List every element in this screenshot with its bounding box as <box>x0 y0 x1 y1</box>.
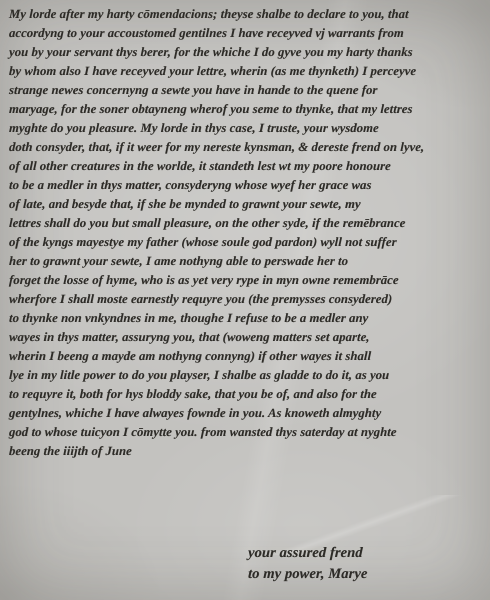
letter-line: strange newes concernyng a sewte you hav… <box>9 81 486 100</box>
letter-line: gentylnes, whiche I have alwayes fownde … <box>9 404 486 423</box>
manuscript-page: My lorde after my harty cōmendacions; th… <box>0 0 490 600</box>
letter-line: accordyng to your accoustomed gentilnes … <box>9 24 486 43</box>
letter-line: wayes in thys matter, assuryng you, that… <box>9 328 486 347</box>
letter-line: wherfore I shall moste earnestly requyre… <box>9 290 486 309</box>
letter-line: lettres shall do you but small pleasure,… <box>9 214 486 233</box>
letter-line: her to grawnt your sewte, I ame nothyng … <box>9 252 486 271</box>
letter-line: forget the losse of hyme, who is as yet … <box>9 271 486 290</box>
letter-line: beeng the iiijth of June <box>9 442 486 461</box>
signature-line: to my power, Marye <box>248 564 368 585</box>
letter-line: to thynke non vnkyndnes in me, thoughe I… <box>9 309 486 328</box>
letter-line: of all other creatures in the worlde, it… <box>9 157 486 176</box>
letter-line: My lorde after my harty cōmendacions; th… <box>9 5 486 24</box>
signature-line: your assured frend <box>248 543 368 564</box>
letter-line: myghte do you pleasure. My lorde in thys… <box>9 119 486 138</box>
letter-line: to be a medler in thys matter, consydery… <box>9 176 486 195</box>
letter-line: maryage, for the soner obtayneng wherof … <box>9 100 486 119</box>
signature-block: your assured frend to my power, Marye <box>248 543 367 585</box>
letter-line: lye in my litle power to do you playser,… <box>9 366 486 385</box>
letter-line: wherin I beeng a mayde am nothyng connyn… <box>9 347 486 366</box>
letter-line: to requyre it, both for hys bloddy sake,… <box>9 385 486 404</box>
letter-line: of the kyngs mayestye my father (whose s… <box>9 233 486 252</box>
letter-body: My lorde after my harty cōmendacions; th… <box>9 5 485 461</box>
letter-line: by whom also I have receyved your lettre… <box>9 62 486 81</box>
letter-line: you by your servant thys berer, for the … <box>9 43 486 62</box>
letter-line: god to whose tuicyon I cōmytte you. from… <box>9 423 486 442</box>
letter-line: of late, and besyde that, if she be mynd… <box>9 195 486 214</box>
letter-line: doth consyder, that, if it weer for my n… <box>9 138 486 157</box>
